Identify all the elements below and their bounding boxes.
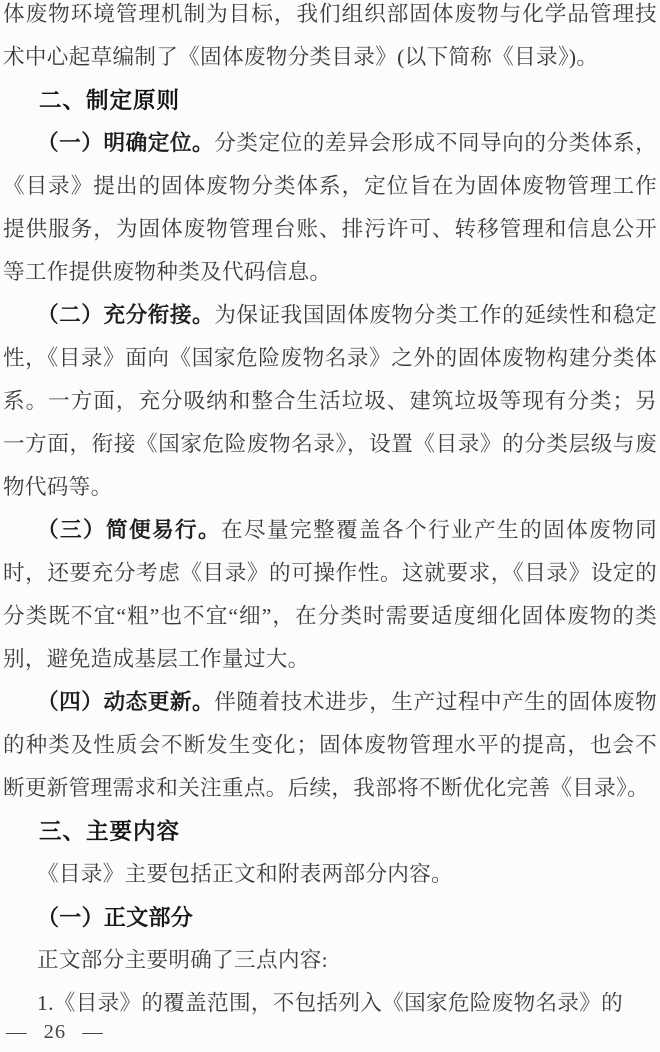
paragraph-principle-3: （三）简便易行。在尽量完整覆盖各个行业产生的固体废物同时，还要充分考虑《目录》的… bbox=[3, 509, 657, 681]
principle-1-lead: （一）明确定位。 bbox=[37, 131, 214, 155]
principle-2-text: 为保证我国固体废物分类工作的延续性和稳定性，《目录》面向《国家危险废物名录》之外… bbox=[3, 303, 657, 499]
principle-4-lead: （四）动态更新。 bbox=[37, 690, 214, 714]
page-number: — 26 — bbox=[6, 1020, 104, 1044]
principle-3-lead: （三）简便易行。 bbox=[37, 518, 221, 542]
scanned-document-page: 体废物环境管理机制为目标，我们组织部固体废物与化学品管理技术中心起草编制了《固体… bbox=[0, 0, 660, 1052]
paragraph-overview: 《目录》主要包括正文和附表两部分内容。 bbox=[3, 853, 657, 896]
section-heading-3: 三、主要内容 bbox=[3, 810, 657, 853]
paragraph-continuation: 体废物环境管理机制为目标，我们组织部固体废物与化学品管理技术中心起草编制了《固体… bbox=[3, 0, 657, 79]
paragraph-principle-1: （一）明确定位。分类定位的差异会形成不同导向的分类体系，《目录》提出的固体废物分… bbox=[3, 122, 657, 294]
sub-heading-main-text: （一）正文部分 bbox=[3, 896, 657, 939]
paragraph-principle-2: （二）充分衔接。为保证我国固体废物分类工作的延续性和稳定性，《目录》面向《国家危… bbox=[3, 294, 657, 509]
principle-2-lead: （二）充分衔接。 bbox=[37, 303, 214, 327]
document-content: 体废物环境管理机制为目标，我们组织部固体废物与化学品管理技术中心起草编制了《固体… bbox=[3, 0, 657, 1025]
paragraph-item-1-cutoff: 1.《目录》的覆盖范围，不包括列入《国家危险废物名录》的 bbox=[3, 982, 657, 1025]
paragraph-principle-4: （四）动态更新。伴随着技术进步，生产过程中产生的固体废物的种类及性质会不断发生变… bbox=[3, 681, 657, 810]
paragraph-main-text-intro: 正文部分主要明确了三点内容: bbox=[3, 939, 657, 982]
section-heading-2: 二、制定原则 bbox=[3, 79, 657, 122]
